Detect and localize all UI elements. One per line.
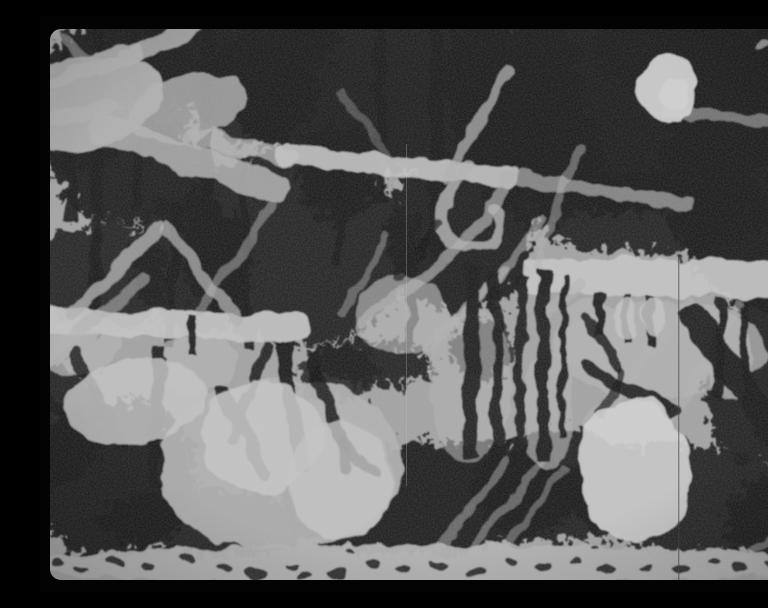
vignette-overlay bbox=[40, 16, 768, 592]
film-still: Grainy black-and-white archival film sti… bbox=[40, 16, 768, 592]
film-frame-svg bbox=[40, 16, 768, 592]
